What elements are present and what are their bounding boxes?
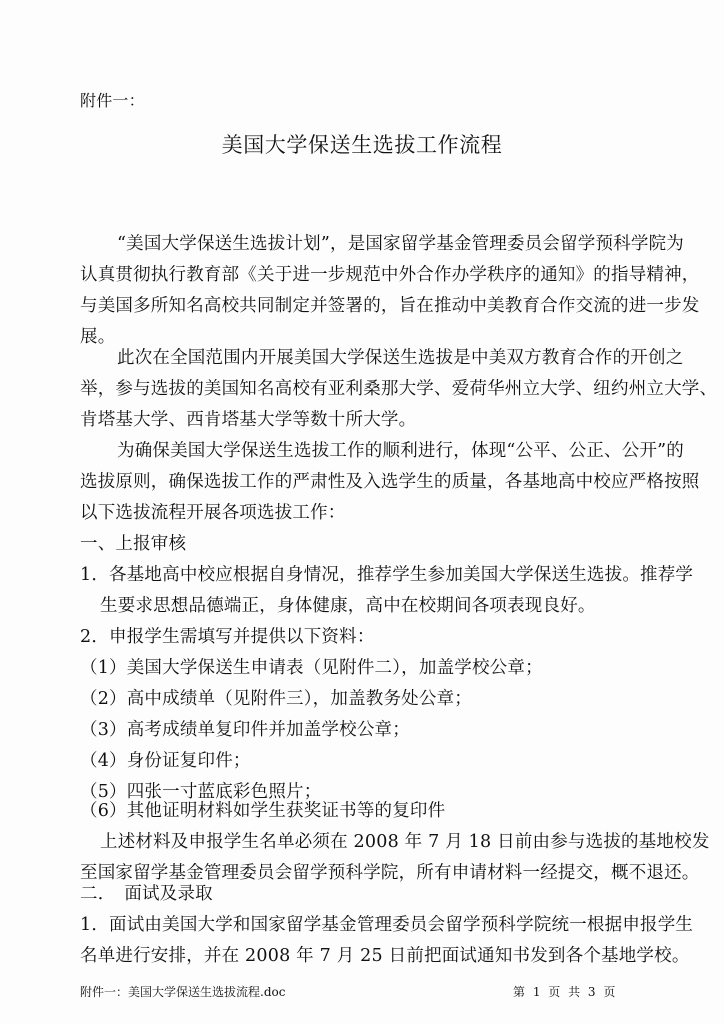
body-text-line: （3）高考成绩单复印件并加盖学校公章； xyxy=(80,720,410,740)
body-text-line: “美国大学保送生选拔计划”，是国家留学基金管理委员会留学预科学院为 xyxy=(117,234,684,254)
body-text-line: 1．面试由美国大学和国家留学基金管理委员会留学预科学院统一根据申报学生 xyxy=(80,915,693,935)
document-page: 附件一： 美国大学保送生选拔工作流程 “美国大学保送生选拔计划”，是国家留学基金… xyxy=(0,0,724,1024)
footer-page-info: 第 1 页 共 3 页 xyxy=(513,985,617,999)
body-text-line: 举，参与选拔的美国知名高校有亚利桑那大学、爱荷华州立大学、纽约州立大学、 xyxy=(80,379,717,399)
body-text-line: 为确保美国大学保送生选拔工作的顺利进行，体现“公平、公正、公开”的 xyxy=(117,441,684,461)
body-text-line: 2．申报学生需填写并提供以下资料： xyxy=(80,627,375,647)
body-text-line: （2）高中成绩单（见附件三），加盖教务处公章； xyxy=(80,689,472,709)
body-text-line: 认真贯彻执行教育部《关于进一步规范中外合作办学秩序的通知》的指导精神， xyxy=(80,265,700,285)
body-text-line: 选拔原则，确保选拔工作的严肃性及入选学生的质量，各基地高中校应严格按照 xyxy=(80,472,700,492)
body-text-line: 生要求思想品德端正，身体健康，高中在校期间各项表现良好。 xyxy=(100,596,596,616)
footer-filename: 附件一：美国大学保送生选拔流程.doc xyxy=(80,985,285,999)
body-text-line: （5）四张一寸蓝底彩色照片； xyxy=(80,782,321,802)
document-title: 美国大学保送生选拔工作流程 xyxy=(0,135,724,155)
body-text-line: 与美国多所知名高校共同制定并签署的，旨在推动中美教育合作交流的进一步发 xyxy=(80,296,700,316)
body-text-line: 1．各基地高中校应根据自身情况，推荐学生参加美国大学保送生选拔。推荐学 xyxy=(80,565,693,585)
body-text-line: 以下选拔流程开展各项选拔工作： xyxy=(80,503,346,523)
body-text-line: （1）美国大学保送生申请表（见附件二），加盖学校公章； xyxy=(80,658,543,678)
body-text-line: 二． 面试及录取 xyxy=(80,884,213,904)
body-text-line: 此次在全国范围内开展美国大学保送生选拔是中美双方教育合作的开创之 xyxy=(117,348,683,368)
body-text-line: （6）其他证明材料如学生获奖证书等的复印件 xyxy=(80,801,445,821)
body-text-line: 名单进行安排，并在 2008 年 7 月 25 日前把面试通知书发到各个基地学校… xyxy=(80,946,690,966)
body-text-line: 至国家留学基金管理委员会留学预科学院，所有申请材料一经提交，概不退还。 xyxy=(80,863,700,883)
body-text-line: （4）身份证复印件； xyxy=(80,751,251,771)
body-text-line: 展。 xyxy=(80,327,115,347)
attachment-label: 附件一： xyxy=(80,91,145,111)
body-text-line: 一、上报审核 xyxy=(80,534,186,554)
body-text-line: 肯塔基大学、西肯塔基大学等数十所大学。 xyxy=(80,410,416,430)
body-text-line: 上述材料及申报学生名单必须在 2008 年 7 月 18 日前由参与选拔的基地校… xyxy=(100,832,710,852)
